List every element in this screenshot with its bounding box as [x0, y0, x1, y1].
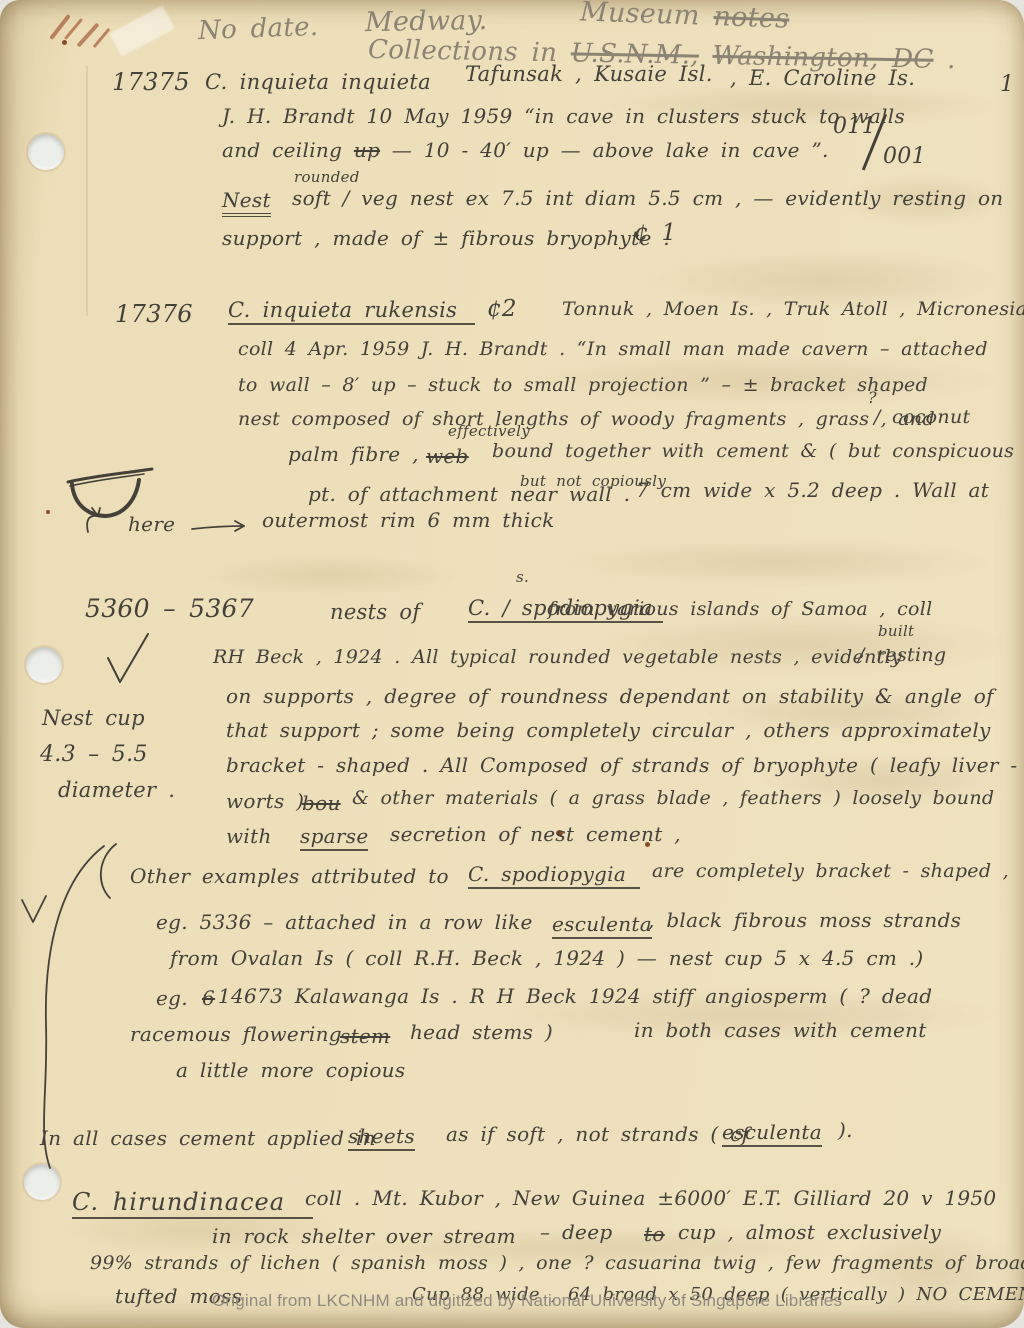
struck-word: bou	[302, 791, 341, 815]
line-part: racemous flowering	[130, 1022, 342, 1046]
line: bracket - shaped . All Composed of stran…	[226, 753, 1017, 777]
line-part: are completely bracket - shaped ,	[652, 860, 1009, 882]
collections-period: .	[947, 45, 956, 75]
line: 99% strands of lichen ( spanish moss ) ,…	[90, 1252, 1024, 1274]
line-part: cup , almost exclusively	[678, 1220, 941, 1244]
line: a little more copious	[176, 1058, 405, 1082]
margin-note: Nest cup	[42, 706, 145, 730]
line: and ceiling up — 10 - 40′ up — above lak…	[222, 138, 829, 162]
underlined-esculenta: esculenta	[552, 912, 652, 939]
insert-rounded: rounded	[294, 168, 360, 186]
line-part: 14673 Kalawanga Is . R H Beck 1924 stiff…	[218, 984, 932, 1008]
line-part: pt. of attachment near wall .	[308, 482, 630, 506]
line-part: head stems )	[410, 1020, 553, 1044]
line-part: eg.	[156, 986, 188, 1010]
insert-question: ?	[868, 388, 877, 407]
line-part: worts )	[226, 789, 304, 813]
line-part: palm fibre ,	[288, 442, 419, 466]
line-part: – deep	[540, 1220, 612, 1244]
line: nest composed of short lengths of woody …	[238, 408, 935, 430]
stain-dot	[62, 40, 67, 45]
pointer-arrow-icon	[82, 504, 112, 534]
scanned-notebook-page: No date. Medway. Museum notes Collection…	[0, 0, 1024, 1328]
line-part: In all cases cement applied in	[40, 1126, 376, 1150]
line: RH Beck , 1924 . All typical rounded veg…	[213, 646, 902, 668]
specimen-range: 5360 – 5367	[85, 594, 254, 623]
stain-mark	[93, 28, 111, 48]
line: that support ; some being completely cir…	[226, 718, 991, 742]
line-part: secretion of nest cement ,	[390, 822, 681, 846]
punch-hole	[28, 134, 64, 170]
show-through-mark	[200, 555, 460, 595]
scratch-mark	[109, 5, 174, 56]
line: coll 4 Apr. 1959 J. H. Brandt . “In smal…	[238, 338, 988, 360]
species-spodiopygia-2: C. spodiopygia	[468, 862, 640, 889]
margin-note: diameter .	[58, 778, 175, 802]
line-part: — 10 - 40′ up — above lake in cave ”.	[380, 138, 829, 162]
show-through-mark	[560, 540, 990, 585]
struck-word: up	[354, 138, 380, 162]
line-part: / resting	[858, 644, 946, 666]
header-museum: Museum	[580, 0, 715, 32]
catalog-number: 011 001	[833, 114, 923, 180]
sketch-label-rim: outermost rim 6 mm thick	[262, 508, 555, 532]
margin-brace	[30, 834, 130, 1174]
header-museum-notes: Museum notes	[580, 0, 790, 35]
line: to wall – 8′ up – stuck to small project…	[238, 374, 928, 396]
nest-label: Nest	[222, 188, 271, 217]
line-part: in both cases with cement	[634, 1018, 927, 1042]
line-part: eg. 5336 – attached in a row like	[156, 910, 533, 934]
struck-word: stem	[340, 1024, 390, 1048]
punch-hole	[26, 647, 62, 683]
locality2-17375: , E. Caroline Is.	[730, 66, 915, 90]
line-part: 7 cm wide x 5.2 deep . Wall at	[636, 478, 989, 502]
specimen-number-17375: 17375	[112, 68, 190, 96]
checkmark-icon	[104, 628, 152, 686]
line: support , made of ± fibrous bryophyte .	[222, 226, 670, 250]
struck-word: to	[644, 1222, 665, 1246]
insert-built: built	[878, 622, 914, 640]
header-notes-struck: notes	[713, 1, 790, 35]
clutch-17375: ¢ 1	[634, 220, 676, 246]
line-part: nests of	[330, 600, 420, 624]
line-part: ).	[838, 1118, 853, 1142]
line: soft / veg nest ex 7.5 int diam 5.5 cm ,…	[292, 186, 1003, 210]
underlined-esculenta-2: esculenta	[722, 1120, 822, 1147]
catalog-lower: 001	[883, 144, 926, 169]
margin-note: 4.3 – 5.5	[40, 742, 148, 767]
v-checkmark-icon	[20, 894, 48, 926]
line-part: from various islands of Samoa , coll	[548, 598, 933, 620]
header-no-date: No date.	[198, 12, 319, 46]
header-medway: Medway.	[365, 5, 488, 38]
long-arrow-icon	[190, 518, 252, 536]
line: from Ovalan Is ( coll R.H. Beck , 1924 )…	[170, 946, 924, 970]
insert-s: s.	[516, 568, 529, 586]
line-part: in rock shelter over stream	[212, 1224, 516, 1248]
line-part: / coconut	[874, 406, 970, 428]
stain-dot	[46, 510, 50, 514]
species-17376: C. inquieta rukensis	[228, 298, 475, 325]
line-part: , black fibrous moss strands	[648, 908, 961, 932]
insert-effectively: effectively	[448, 422, 530, 440]
line-part: coll . Mt. Kubor , New Guinea ±6000′ E.T…	[305, 1186, 996, 1210]
underlined-sheets: sheets	[348, 1124, 415, 1151]
line-part: Other examples attributed to	[130, 864, 449, 888]
line-part: bound together with cement & ( but consp…	[492, 440, 1024, 462]
page-crease	[86, 66, 88, 316]
species-17375: C. inquieta inquieta	[205, 70, 431, 94]
species-hirundinacea: C. hirundinacea	[72, 1188, 313, 1219]
locality-17375: Tafunsak , Kusaie Isl.	[465, 62, 713, 86]
line-part: & other materials ( a grass blade , feat…	[352, 787, 994, 809]
line-part: with	[226, 824, 272, 848]
page-number: 1	[1000, 72, 1014, 97]
locality-17376: Tonnuk , Moen Is. , Truk Atoll , Microne…	[562, 298, 1024, 320]
struck-word: web	[426, 444, 469, 468]
catalog-upper: 011	[833, 114, 876, 139]
sketch-label-here: here	[128, 512, 175, 536]
line-part: and ceiling	[222, 138, 354, 162]
struck-digit: 6	[202, 986, 215, 1010]
line: J. H. Brandt 10 May 1959 “in cave in clu…	[222, 104, 905, 128]
library-watermark: Original from LKCNHM and digitized by Na…	[212, 1291, 842, 1311]
specimen-number-17376: 17376	[115, 300, 193, 328]
line: on supports , degree of roundness depend…	[226, 684, 994, 708]
clutch-17376: ¢2	[487, 296, 517, 322]
underlined-word: sparse	[300, 824, 368, 851]
line-part: as if soft , not strands ( cf	[446, 1122, 749, 1146]
